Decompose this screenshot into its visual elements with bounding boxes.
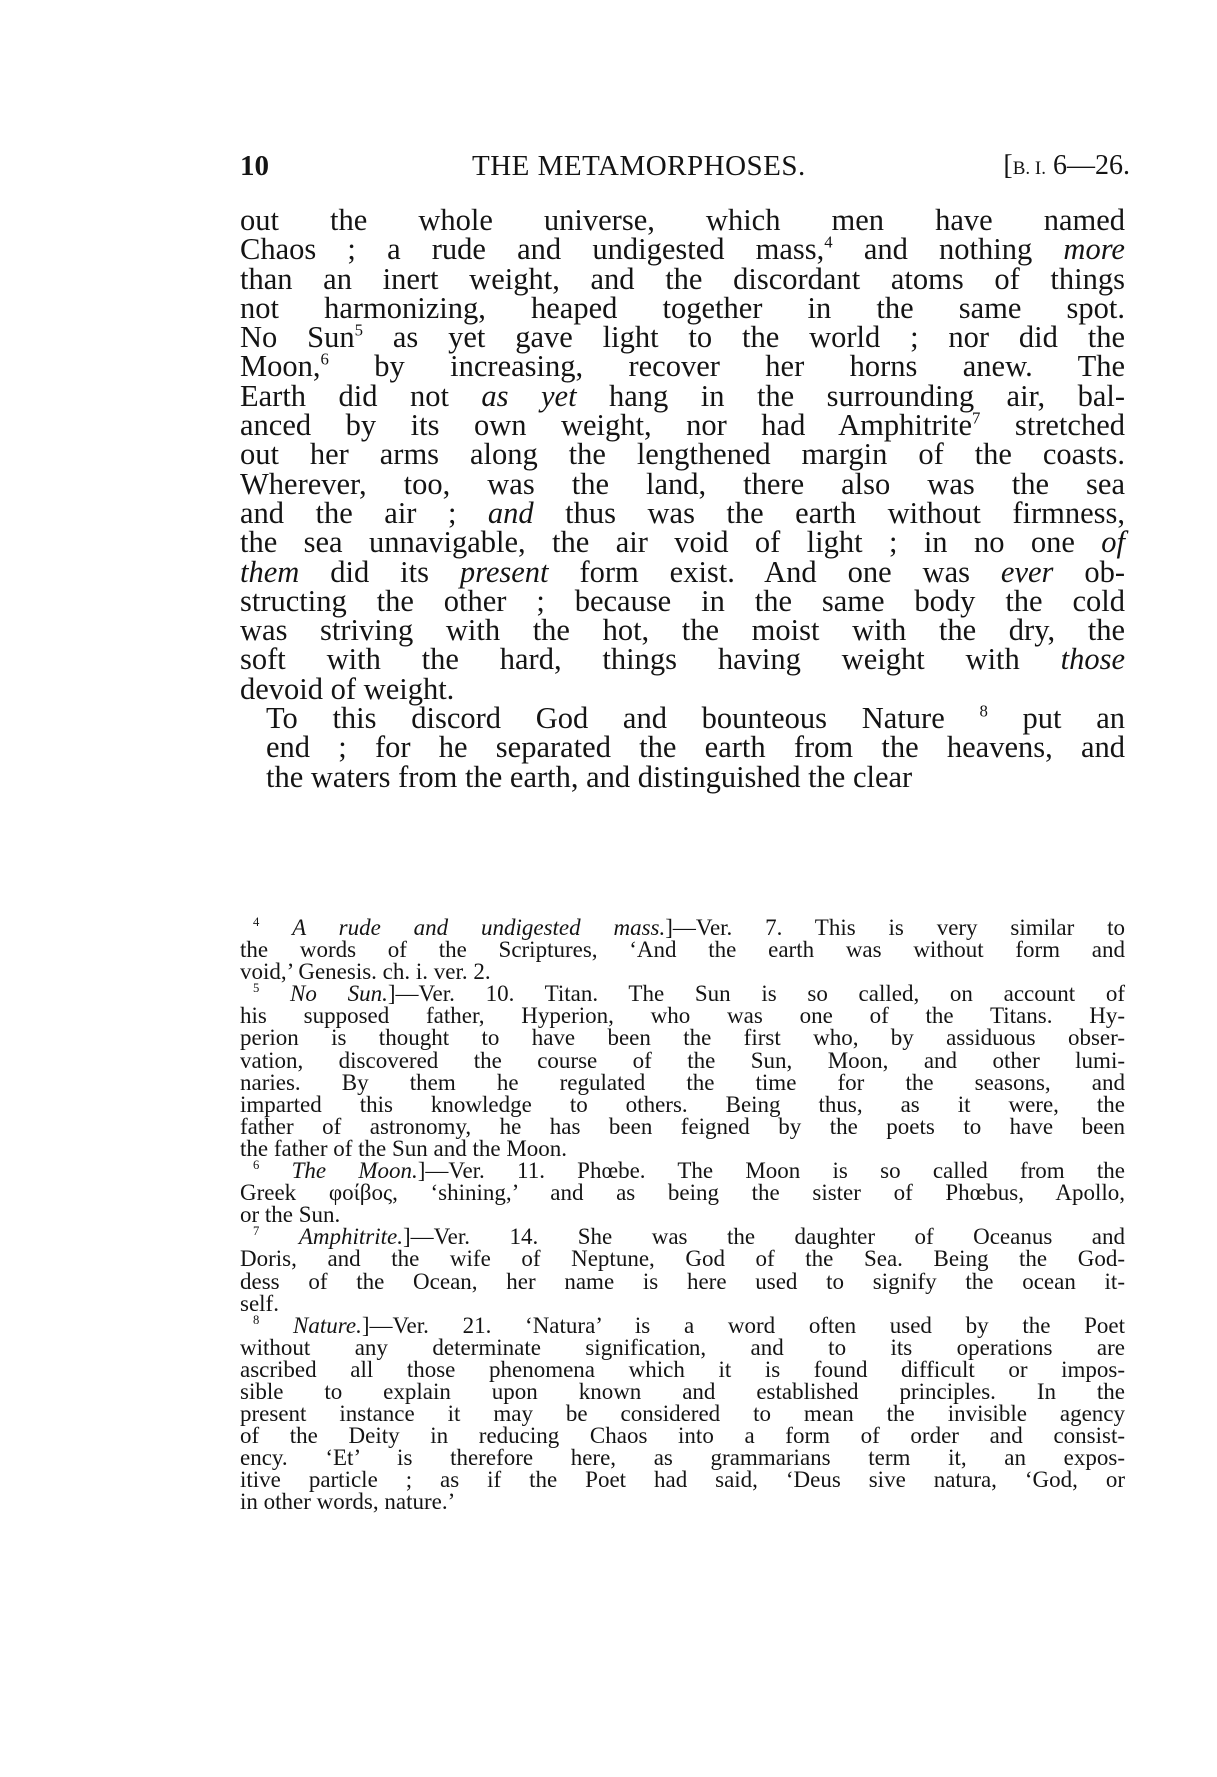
text-line: out the whole universe, which men have n…: [240, 206, 1125, 235]
text-line: or the Sun.: [240, 1204, 1125, 1226]
text-line: and the air ; and thus was the earth wit…: [240, 499, 1125, 528]
footnote-6: 6 The Moon.]—Ver. 11. Phœbe. The Moon is…: [240, 1160, 1125, 1226]
text-line: ency. ‘Et’ is therefore here, as grammar…: [240, 1447, 1125, 1469]
paragraph-1: out the whole universe, which men have n…: [240, 206, 1125, 704]
footnote-ref: 6: [253, 1158, 259, 1172]
footnote-ref: 4: [253, 915, 259, 929]
footnote-ref: 4: [824, 233, 832, 252]
section-reference: [B. I. 6—26.: [1003, 150, 1130, 182]
text-line: 6 The Moon.]—Ver. 11. Phœbe. The Moon is…: [240, 1160, 1125, 1182]
footnote-ref: 5: [355, 320, 363, 339]
text-line: ascribed all those phenomena which it is…: [240, 1359, 1125, 1381]
running-header: 10 THE METAMORPHOSES. [B. I. 6—26.: [240, 150, 1130, 186]
text-line: soft with the hard, things having weight…: [240, 645, 1125, 674]
text-line: the waters from the earth, and distingui…: [240, 763, 1125, 792]
footnote-ref: 8: [253, 1313, 259, 1327]
text-line: sible to explain upon known and establis…: [240, 1381, 1125, 1403]
text-line: 5 No Sun.]—Ver. 10. Titan. The Sun is so…: [240, 983, 1125, 1005]
text-line: To this discord God and bounteous Nature…: [240, 704, 1125, 733]
text-line: father of astronomy, he has been feigned…: [240, 1116, 1125, 1138]
text-line: Earth did not as yet hang in the surroun…: [240, 382, 1125, 411]
text-line: Chaos ; a rude and undigested mass,4 and…: [240, 235, 1125, 264]
text-line: the sea unnavigable, the air void of lig…: [240, 528, 1125, 557]
text-line: them did its present form exist. And one…: [240, 558, 1125, 587]
footnote-ref: 7: [253, 1224, 259, 1238]
text-line: 4 A rude and undigested mass.]—Ver. 7. T…: [240, 917, 1125, 939]
text-line: the words of the Scriptures, ‘And the ea…: [240, 939, 1125, 961]
italic-text: Nature.: [293, 1313, 362, 1338]
footnote-8: 8 Nature.]—Ver. 21. ‘Natura’ is a word o…: [240, 1315, 1125, 1514]
footnote-5: 5 No Sun.]—Ver. 10. Titan. The Sun is so…: [240, 983, 1125, 1160]
text-line: Wherever, too, was the land, there also …: [240, 470, 1125, 499]
text-line: vation, discovered the course of the Sun…: [240, 1050, 1125, 1072]
text-line: No Sun5 as yet gave light to the world ;…: [240, 323, 1125, 352]
text-line: was striving with the hot, the moist wit…: [240, 616, 1125, 645]
text-line: dess of the Ocean, her name is here used…: [240, 1271, 1125, 1293]
text-line: without any determinate signification, a…: [240, 1337, 1125, 1359]
text-line: Greek φοίβος, ‘shining,’ and as being th…: [240, 1182, 1125, 1204]
section-ref-bracket: [: [1003, 150, 1012, 181]
footnote-4: 4 A rude and undigested mass.]—Ver. 7. T…: [240, 917, 1125, 983]
text-line: 8 Nature.]—Ver. 21. ‘Natura’ is a word o…: [240, 1315, 1125, 1337]
section-ref-lines: 6—26.: [1053, 150, 1130, 181]
footnote-ref: 6: [321, 350, 329, 369]
text-line: self.: [240, 1293, 1125, 1315]
main-text: out the whole universe, which men have n…: [240, 206, 1125, 792]
text-line: than an inert weight, and the discordant…: [240, 265, 1125, 294]
text-line: Moon,6 by increasing, recover her horns …: [240, 352, 1125, 381]
section-ref-book: B. I.: [1013, 158, 1046, 179]
text-line: itive particle ; as if the Poet had said…: [240, 1469, 1125, 1491]
text-line: imparted this knowledge to others. Being…: [240, 1094, 1125, 1116]
text-line: end ; for he separated the earth from th…: [240, 733, 1125, 762]
text-line: in other words, nature.’: [240, 1491, 1125, 1513]
text-line: Doris, and the wife of Neptune, God of t…: [240, 1248, 1125, 1270]
italic-text: those: [1061, 642, 1125, 676]
text-line: naries. By them he regulated the time fo…: [240, 1072, 1125, 1094]
text-line: anced by its own weight, nor had Amphitr…: [240, 411, 1125, 440]
text-line: void,’ Genesis. ch. i. ver. 2.: [240, 961, 1125, 983]
paragraph-2: To this discord God and bounteous Nature…: [240, 704, 1125, 792]
text-line: present instance it may be considered to…: [240, 1403, 1125, 1425]
text-line: of the Deity in reducing Chaos into a fo…: [240, 1425, 1125, 1447]
footnote-ref: 7: [972, 408, 980, 427]
text-line: his supposed father, Hyperion, who was o…: [240, 1005, 1125, 1027]
footnote-ref: 8: [979, 701, 987, 720]
text-line: structing the other ; because in the sam…: [240, 587, 1125, 616]
text-line: perion is thought to have been the first…: [240, 1027, 1125, 1049]
text-line: not harmonizing, heaped together in the …: [240, 294, 1125, 323]
text-line: devoid of weight.: [240, 675, 1125, 704]
footnote-ref: 5: [253, 981, 259, 995]
footnotes: 4 A rude and undigested mass.]—Ver. 7. T…: [240, 917, 1125, 1514]
text-line: the father of the Sun and the Moon.: [240, 1138, 1125, 1160]
text-line: out her arms along the lengthened margin…: [240, 440, 1125, 469]
page-number: 10: [240, 150, 269, 183]
text-line: 7 Amphitrite.]—Ver. 14. She was the daug…: [240, 1226, 1125, 1248]
running-title: THE METAMORPHOSES.: [472, 150, 806, 183]
footnote-7: 7 Amphitrite.]—Ver. 14. She was the daug…: [240, 1226, 1125, 1314]
